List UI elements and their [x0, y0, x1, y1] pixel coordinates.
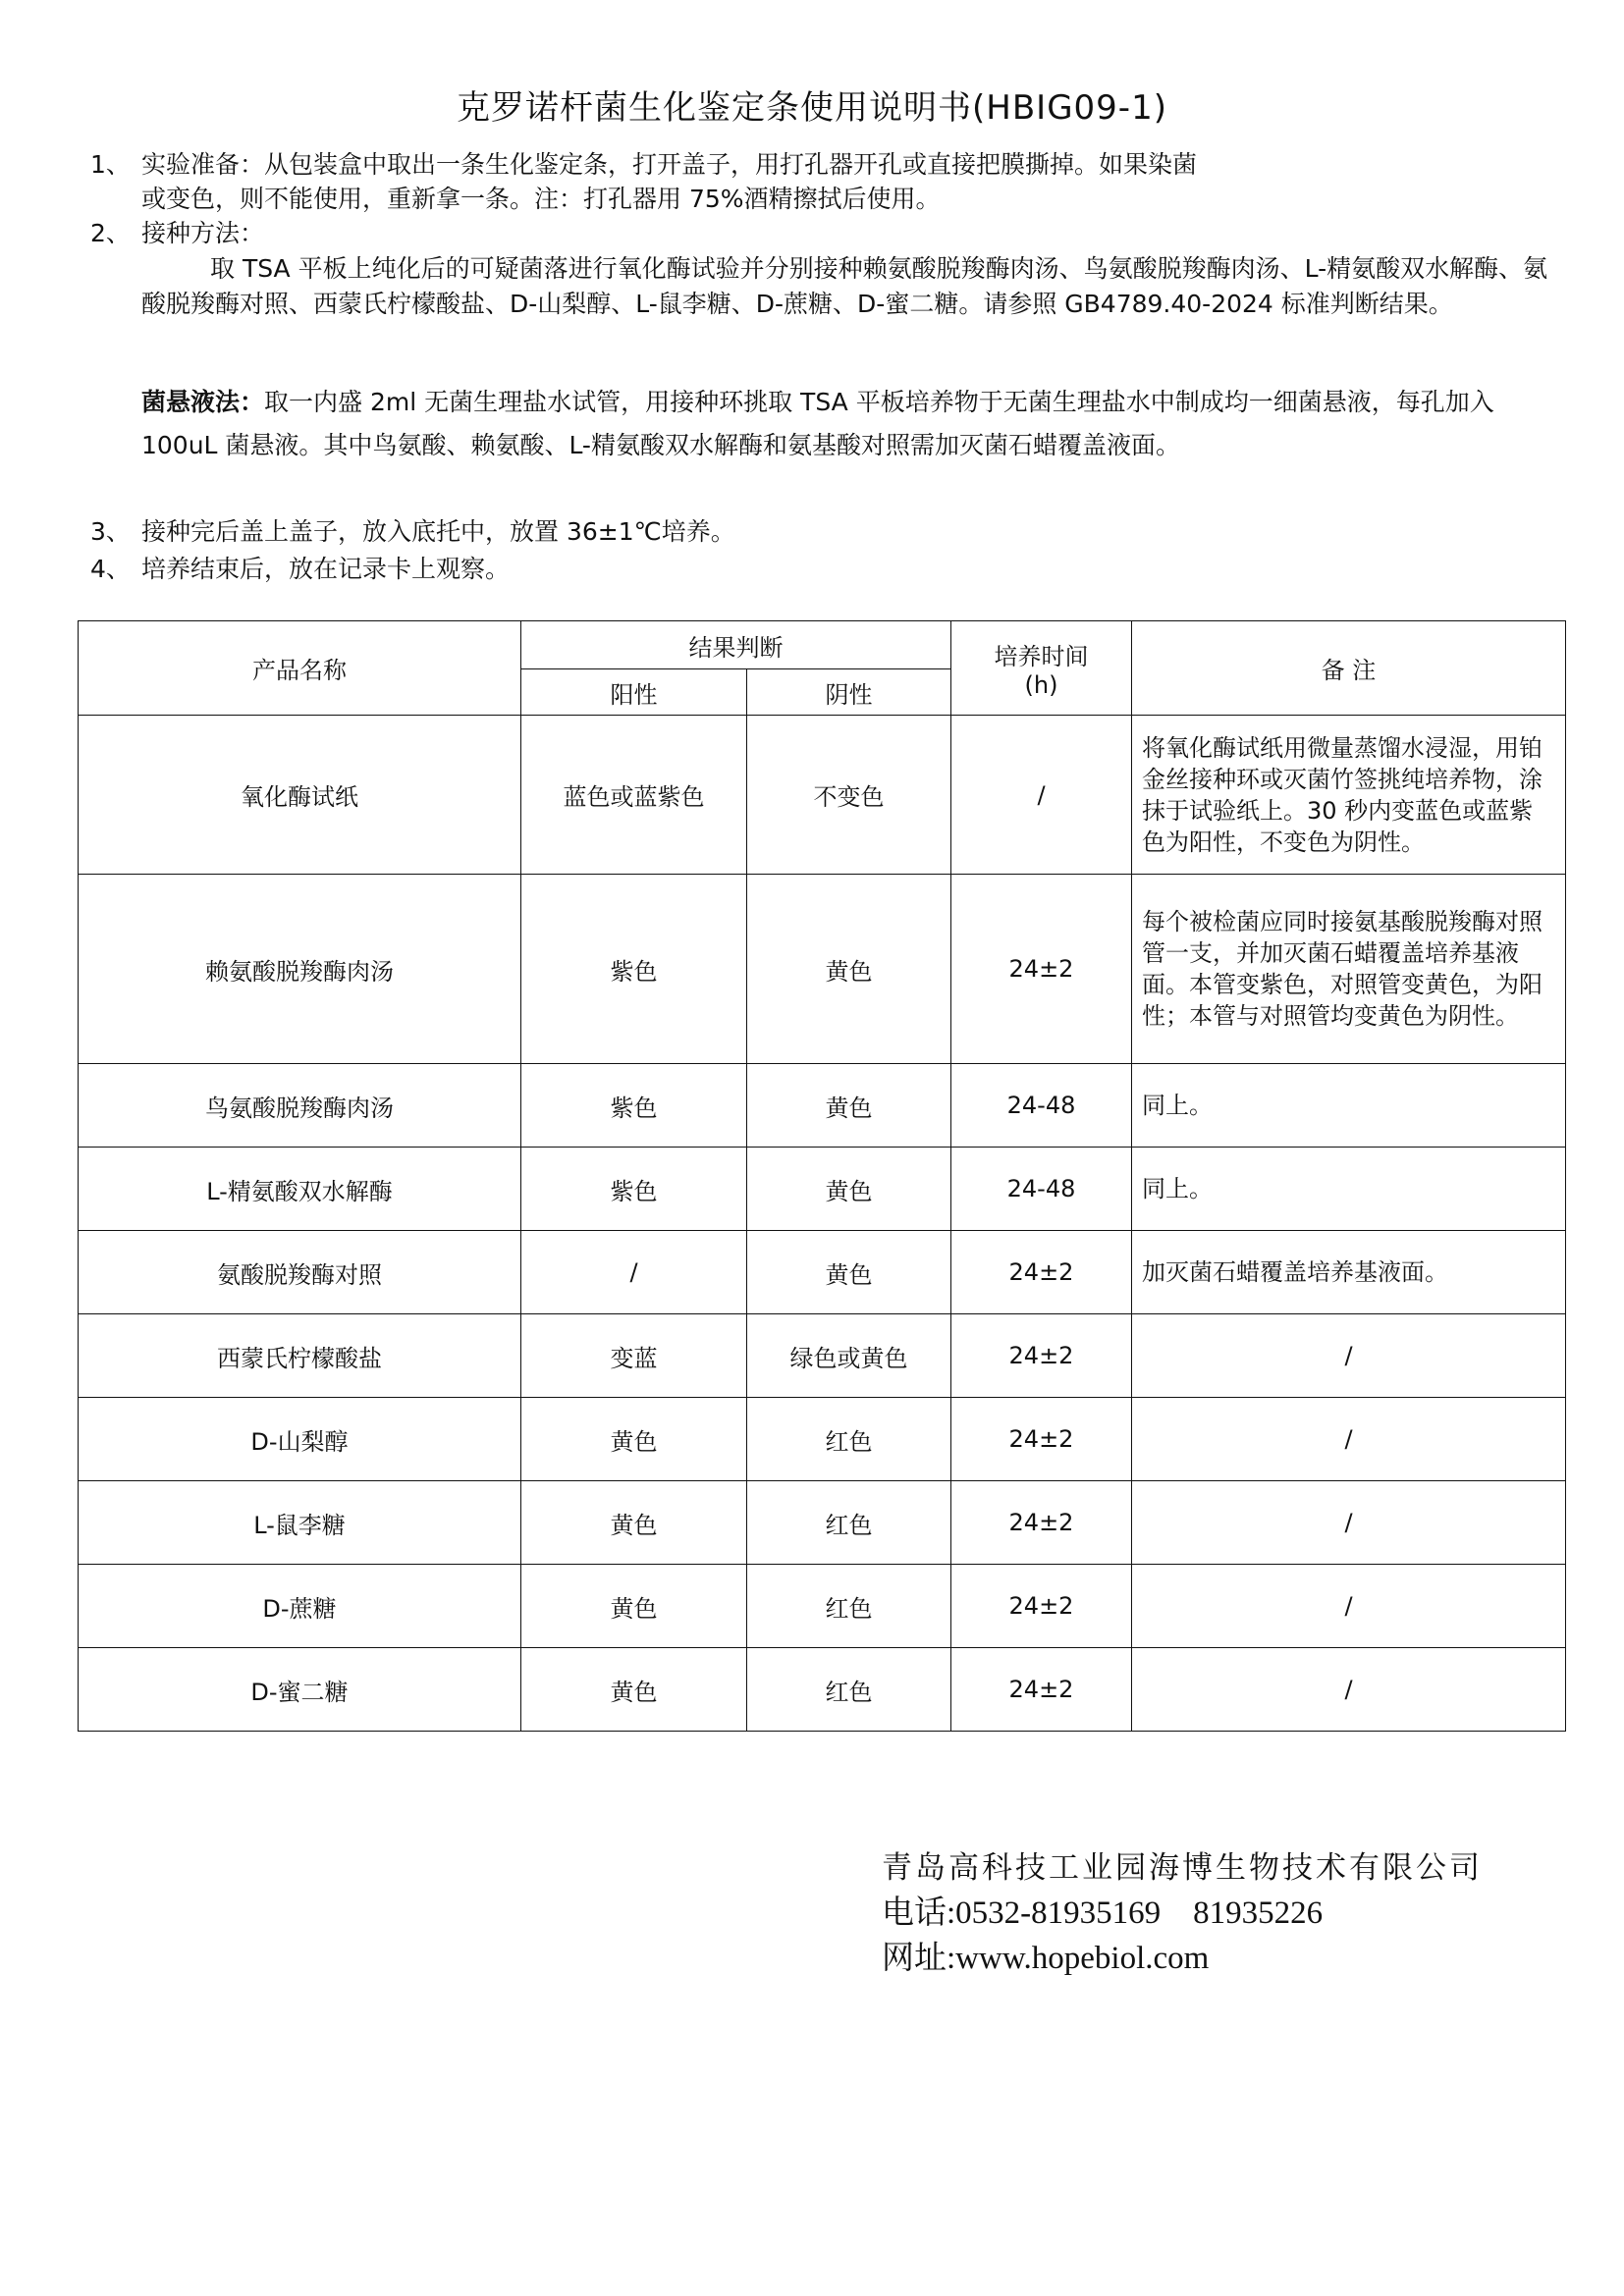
cell-positive: 变蓝 [521, 1314, 747, 1398]
step-text: 实验准备：从包装盒中取出一条生化鉴定条，打开盖子，用打孔器开孔或直接把膜撕掉。如… [141, 150, 1197, 179]
table-row: 赖氨酸脱羧酶肉汤 紫色 黄色 24±2 每个被检菌应同时接氨基酸脱羧酶对照管一支… [79, 875, 1566, 1064]
header-result: 结果判断 [521, 621, 951, 669]
header-negative: 阴性 [747, 669, 951, 716]
cell-negative: 红色 [747, 1398, 951, 1481]
cell-positive: 紫色 [521, 875, 747, 1064]
cell-negative: 红色 [747, 1481, 951, 1565]
cell-product: D-蜜二糖 [79, 1648, 521, 1732]
cell-product: 氨酸脱羧酶对照 [79, 1231, 521, 1314]
cell-positive: / [521, 1231, 747, 1314]
step-number: 1、 [90, 147, 141, 182]
table-header-row: 产品名称 结果判断 培养时间(h) 备 注 [79, 621, 1566, 669]
cell-positive: 蓝色或蓝紫色 [521, 716, 747, 875]
cell-positive: 黄色 [521, 1648, 747, 1732]
company-phone: 电话:0532-81935169 81935226 [882, 1891, 1483, 1936]
results-table: 产品名称 结果判断 培养时间(h) 备 注 阳性 阴性 氧化酶试纸 蓝色或蓝紫色… [78, 620, 1566, 1732]
table-row: 氨酸脱羧酶对照 / 黄色 24±2 加灭菌石蜡覆盖培养基液面。 [79, 1231, 1566, 1314]
table-row: 氧化酶试纸 蓝色或蓝紫色 不变色 / 将氧化酶试纸用微量蒸馏水浸湿，用铂金丝接种… [79, 716, 1566, 875]
table-row: 西蒙氏柠檬酸盐 变蓝 绿色或黄色 24±2 / [79, 1314, 1566, 1398]
cell-time: 24-48 [951, 1148, 1132, 1231]
cell-remark: 加灭菌石蜡覆盖培养基液面。 [1132, 1231, 1566, 1314]
table-row: D-蔗糖 黄色 红色 24±2 / [79, 1565, 1566, 1648]
cell-time: 24±2 [951, 1648, 1132, 1732]
company-website[interactable]: 网址:www.hopebiol.com [882, 1936, 1483, 1981]
cell-time: 24±2 [951, 1398, 1132, 1481]
cell-negative: 红色 [747, 1648, 951, 1732]
step-number: 4、 [90, 552, 141, 586]
cell-remark: / [1132, 1398, 1566, 1481]
header-time-unit: (h) [951, 671, 1131, 699]
cell-negative: 绿色或黄色 [747, 1314, 951, 1398]
company-name: 青岛高科技工业园海博生物技术有限公司 [882, 1845, 1483, 1891]
document-title: 克罗诺杆菌生化鉴定条使用说明书(HBIG09-1) [0, 80, 1624, 129]
cell-positive: 紫色 [521, 1148, 747, 1231]
cell-time: 24±2 [951, 875, 1132, 1064]
cell-positive: 紫色 [521, 1064, 747, 1148]
cell-positive: 黄色 [521, 1481, 747, 1565]
suspension-text: 取一内盛 2ml 无菌生理盐水试管，用接种环挑取 TSA 平板培养物于无菌生理盐… [141, 388, 1494, 459]
cell-time: 24-48 [951, 1064, 1132, 1148]
cell-negative: 黄色 [747, 1231, 951, 1314]
cell-time: 24±2 [951, 1231, 1132, 1314]
table-row: D-蜜二糖 黄色 红色 24±2 / [79, 1648, 1566, 1732]
step-number: 2、 [90, 216, 141, 250]
cell-remark: 同上。 [1132, 1148, 1566, 1231]
cell-time: 24±2 [951, 1565, 1132, 1648]
cell-time: / [951, 716, 1132, 875]
table-row: 鸟氨酸脱羧酶肉汤 紫色 黄色 24-48 同上。 [79, 1064, 1566, 1148]
header-positive: 阳性 [521, 669, 747, 716]
cell-remark: 将氧化酶试纸用微量蒸馏水浸湿，用铂金丝接种环或灭菌竹签挑纯培养物，涂抹于试验纸上… [1132, 716, 1566, 875]
cell-time: 24±2 [951, 1314, 1132, 1398]
cell-product: D-山梨醇 [79, 1398, 521, 1481]
company-footer: 青岛高科技工业园海博生物技术有限公司 电话:0532-81935169 8193… [882, 1845, 1483, 1981]
suspension-method: 菌悬液法：取一内盛 2ml 无菌生理盐水试管，用接种环挑取 TSA 平板培养物于… [141, 381, 1563, 467]
cell-negative: 黄色 [747, 1148, 951, 1231]
step-text: 培养结束后，放在记录卡上观察。 [141, 555, 510, 583]
table-row: L-鼠李糖 黄色 红色 24±2 / [79, 1481, 1566, 1565]
step-4: 4、培养结束后，放在记录卡上观察。 [90, 552, 1563, 586]
cell-product: L-鼠李糖 [79, 1481, 521, 1565]
cell-negative: 红色 [747, 1565, 951, 1648]
cell-remark: / [1132, 1314, 1566, 1398]
header-time-label: 培养时间 [951, 637, 1131, 671]
cell-negative: 黄色 [747, 875, 951, 1064]
cell-remark: / [1132, 1565, 1566, 1648]
suspension-label: 菌悬液法： [141, 388, 264, 416]
inoculation-detail: 取 TSA 平板上纯化后的可疑菌落进行氧化酶试验并分别接种赖氨酸脱羧酶肉汤、鸟氨… [141, 251, 1563, 322]
step-1: 1、实验准备：从包装盒中取出一条生化鉴定条，打开盖子，用打孔器开孔或直接把膜撕掉… [90, 147, 1563, 216]
header-product: 产品名称 [79, 621, 521, 716]
cell-remark: 每个被检菌应同时接氨基酸脱羧酶对照管一支，并加灭菌石蜡覆盖培养基液面。本管变紫色… [1132, 875, 1566, 1064]
step-2: 2、接种方法： [90, 216, 1563, 250]
cell-product: L-精氨酸双水解酶 [79, 1148, 521, 1231]
table-row: L-精氨酸双水解酶 紫色 黄色 24-48 同上。 [79, 1148, 1566, 1231]
table-row: D-山梨醇 黄色 红色 24±2 / [79, 1398, 1566, 1481]
step-text: 接种完后盖上盖子，放入底托中，放置 36±1℃培养。 [141, 517, 735, 546]
cell-product: 鸟氨酸脱羧酶肉汤 [79, 1064, 521, 1148]
cell-product: 氧化酶试纸 [79, 716, 521, 875]
cell-remark: / [1132, 1481, 1566, 1565]
header-remark: 备 注 [1132, 621, 1566, 716]
step-text: 接种方法： [141, 219, 264, 247]
step-text-continued: 或变色，则不能使用，重新拿一条。注：打孔器用 75%酒精擦拭后使用。 [90, 182, 1563, 216]
cell-remark: / [1132, 1648, 1566, 1732]
step-number: 3、 [90, 514, 141, 549]
cell-positive: 黄色 [521, 1398, 747, 1481]
cell-negative: 不变色 [747, 716, 951, 875]
header-time: 培养时间(h) [951, 621, 1132, 716]
cell-remark: 同上。 [1132, 1064, 1566, 1148]
step-3: 3、接种完后盖上盖子，放入底托中，放置 36±1℃培养。 [90, 514, 1563, 549]
cell-product: 西蒙氏柠檬酸盐 [79, 1314, 521, 1398]
cell-product: 赖氨酸脱羧酶肉汤 [79, 875, 521, 1064]
cell-positive: 黄色 [521, 1565, 747, 1648]
cell-negative: 黄色 [747, 1064, 951, 1148]
cell-time: 24±2 [951, 1481, 1132, 1565]
cell-product: D-蔗糖 [79, 1565, 521, 1648]
